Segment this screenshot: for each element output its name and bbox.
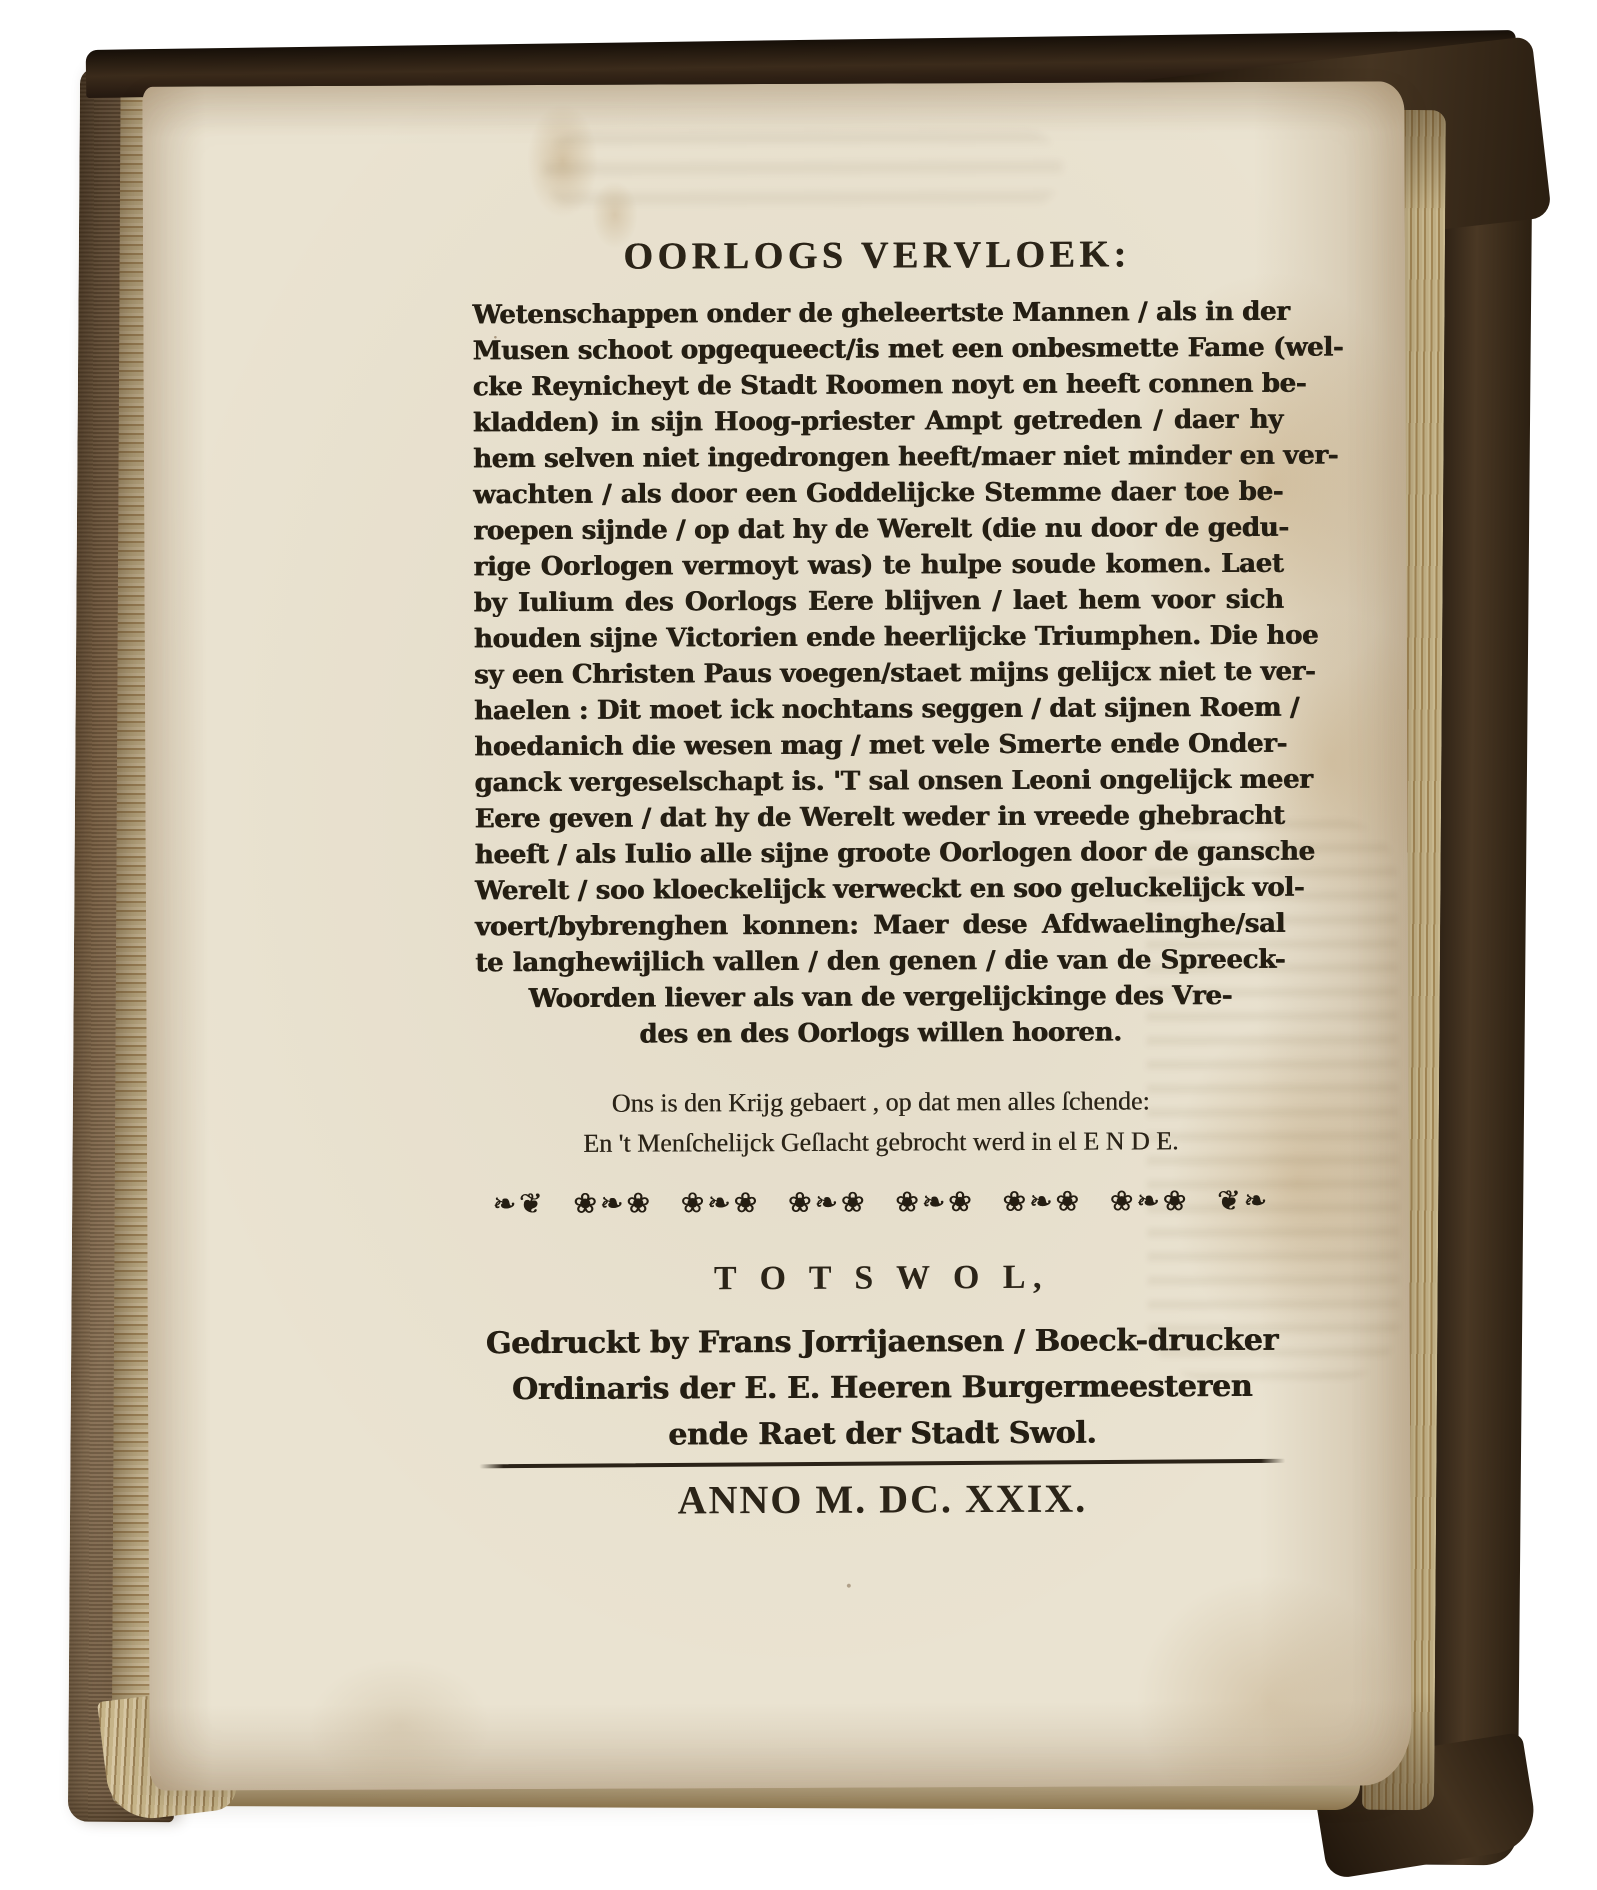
verse-couplet: Ons is den Krijg gebaert , op dat men al… — [476, 1081, 1286, 1165]
imprint-place: T O T S W O L, — [476, 1258, 1286, 1300]
body-line: des en des Oorlogs willen hooren. — [475, 1014, 1285, 1054]
body-line: haelen : Dit moet ick nochtans seggen / … — [474, 690, 1284, 730]
body-line: heeft / als Iulio alle sijne groote Oorl… — [475, 834, 1285, 874]
body-line: rige Oorlogen vermoyt was) te hulpe soud… — [473, 546, 1283, 586]
body-line: voert/bybrenghen konnen: Maer dese Afdwa… — [475, 906, 1285, 946]
ornament-row: ❧❦ ❀❧❀ ❀❧❀ ❀❧❀ ❀❧❀ ❀❧❀ ❀❧❀ ❦❧ — [476, 1184, 1286, 1221]
imprint-line: Gedruckt by Frans Jorrijaensen / Boeck-d… — [477, 1318, 1287, 1368]
body-line: Musen schoot opgequeect/is met een onbes… — [472, 330, 1282, 370]
page-title: OORLOGS VERVLOEK: — [472, 232, 1282, 280]
body-line: cke Reynicheyt de Stadt Roomen noyt en h… — [473, 366, 1283, 406]
body-line: Eere geven / dat hy de Werelt weder in v… — [474, 798, 1284, 838]
body-line: hoedanich die wesen mag / met vele Smert… — [474, 726, 1284, 766]
book-photo: OORLOGS VERVLOEK: Wetenschappen onder de… — [0, 0, 1597, 1890]
verse-line: Ons is den Krijg gebaert , op dat men al… — [476, 1081, 1286, 1125]
body-text: Wetenschappen onder de gheleertste Manne… — [472, 294, 1285, 1054]
text-column: OORLOGS VERVLOEK: Wetenschappen onder de… — [471, 82, 1288, 1790]
body-line: Werelt / soo kloeckelijck verweckt en so… — [475, 870, 1285, 910]
body-line: roepen sijnde / op dat hy de Werelt (die… — [473, 510, 1283, 550]
body-line: Woorden liever als van de vergelijckinge… — [475, 978, 1285, 1018]
imprint-line: Ordinaris der E. E. Heeren Burgermeester… — [477, 1364, 1287, 1414]
imprint: Gedruckt by Frans Jorrijaensen / Boeck-d… — [477, 1318, 1288, 1460]
body-line: ganck vergeselschapt is. 'T sal onsen Le… — [474, 762, 1284, 802]
body-line: te langhewijlich vallen / den genen / di… — [475, 942, 1285, 982]
verse-line: En 't Menſchelijck Geſlacht gebrocht wer… — [476, 1121, 1286, 1165]
body-line: Wetenschappen onder de gheleertste Manne… — [472, 294, 1282, 334]
body-line: wachten / als door een Goddelijcke Stemm… — [473, 474, 1283, 514]
body-line: hem selven niet ingedrongen heeft/maer n… — [473, 438, 1283, 478]
body-line: houden sijne Victorien ende heerlijcke T… — [474, 618, 1284, 658]
imprint-line: ende Raet der Stadt Swol. — [477, 1410, 1287, 1460]
body-line: sy een Christen Paus voegen/staet mijns … — [474, 654, 1284, 694]
divider-rule — [479, 1459, 1285, 1469]
book-page: OORLOGS VERVLOEK: Wetenschappen onder de… — [142, 81, 1411, 1790]
body-line: by Iulium des Oorlogs Eere blijven / lae… — [473, 582, 1283, 622]
year-line: ANNO M. DC. XXIX. — [477, 1474, 1287, 1525]
body-line: kladden) in sijn Hoog-priester Ampt getr… — [473, 402, 1283, 442]
